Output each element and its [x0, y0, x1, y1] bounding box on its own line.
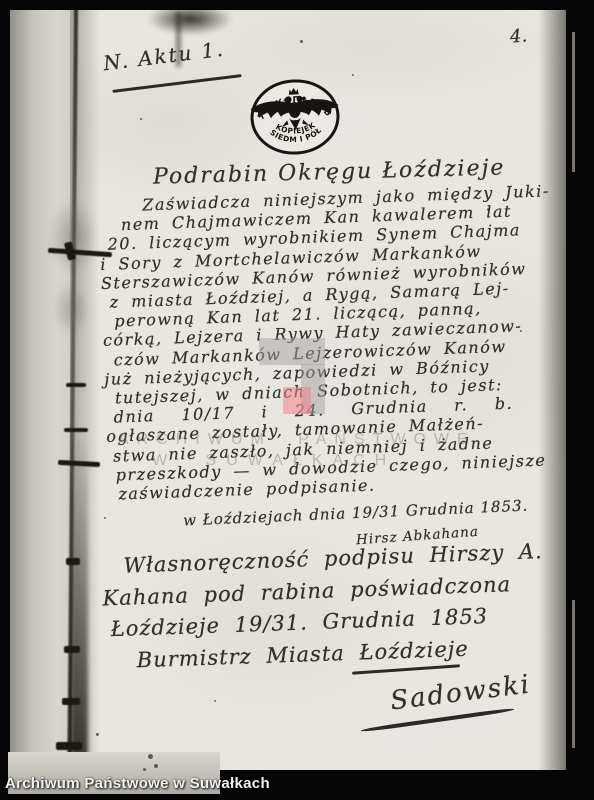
- page-edge-highlight: [572, 600, 575, 748]
- binding-stitch: [64, 428, 88, 432]
- binding-stitch: [66, 383, 86, 387]
- page-number-annotation: 4.: [509, 25, 528, 47]
- revenue-stamp-graphic: 7½ КОПѢЕКЪ KOPIEJEK SIEDM I PÓŁ: [245, 74, 345, 161]
- page-edge-highlight: [572, 32, 575, 172]
- speck: [214, 700, 216, 702]
- speck: [154, 764, 158, 768]
- speck: [140, 118, 142, 120]
- binding-stitch: [62, 698, 80, 705]
- watermark-logo-pink: [283, 387, 311, 414]
- speck: [143, 768, 146, 771]
- speck: [104, 517, 106, 519]
- speck: [148, 754, 153, 759]
- speck: [352, 74, 354, 76]
- binding-stitch: [64, 646, 80, 653]
- revenue-stamp: 7½ КОПѢЕКЪ KOPIEJEK SIEDM I PÓŁ: [245, 74, 345, 161]
- archive-caption: Archiwum Państwowe w Suwałkach: [5, 775, 270, 792]
- watermark-logo-gray-top: [259, 338, 325, 365]
- binding-shadow: [71, 430, 88, 772]
- document-scan: N. Aktu 1. 4.: [0, 0, 594, 800]
- binding-stitch: [66, 558, 80, 565]
- attestation-block: Własnoręczność podpisu Hirszy A.Kahana p…: [86, 536, 547, 678]
- watermark-text-line1: ARCHIWUM PAŃSTWOWE: [118, 431, 476, 449]
- speck: [96, 733, 99, 736]
- binding-stitch: [56, 742, 82, 750]
- speck: [487, 208, 490, 211]
- scan-border-left: [0, 0, 10, 800]
- watermark-text-line2: W SUWAŁKACH: [152, 452, 396, 470]
- ink-stain: [52, 282, 90, 336]
- speck: [520, 330, 522, 332]
- scan-border-top: [0, 0, 594, 10]
- speck: [300, 40, 303, 43]
- ink-stain: [48, 198, 98, 276]
